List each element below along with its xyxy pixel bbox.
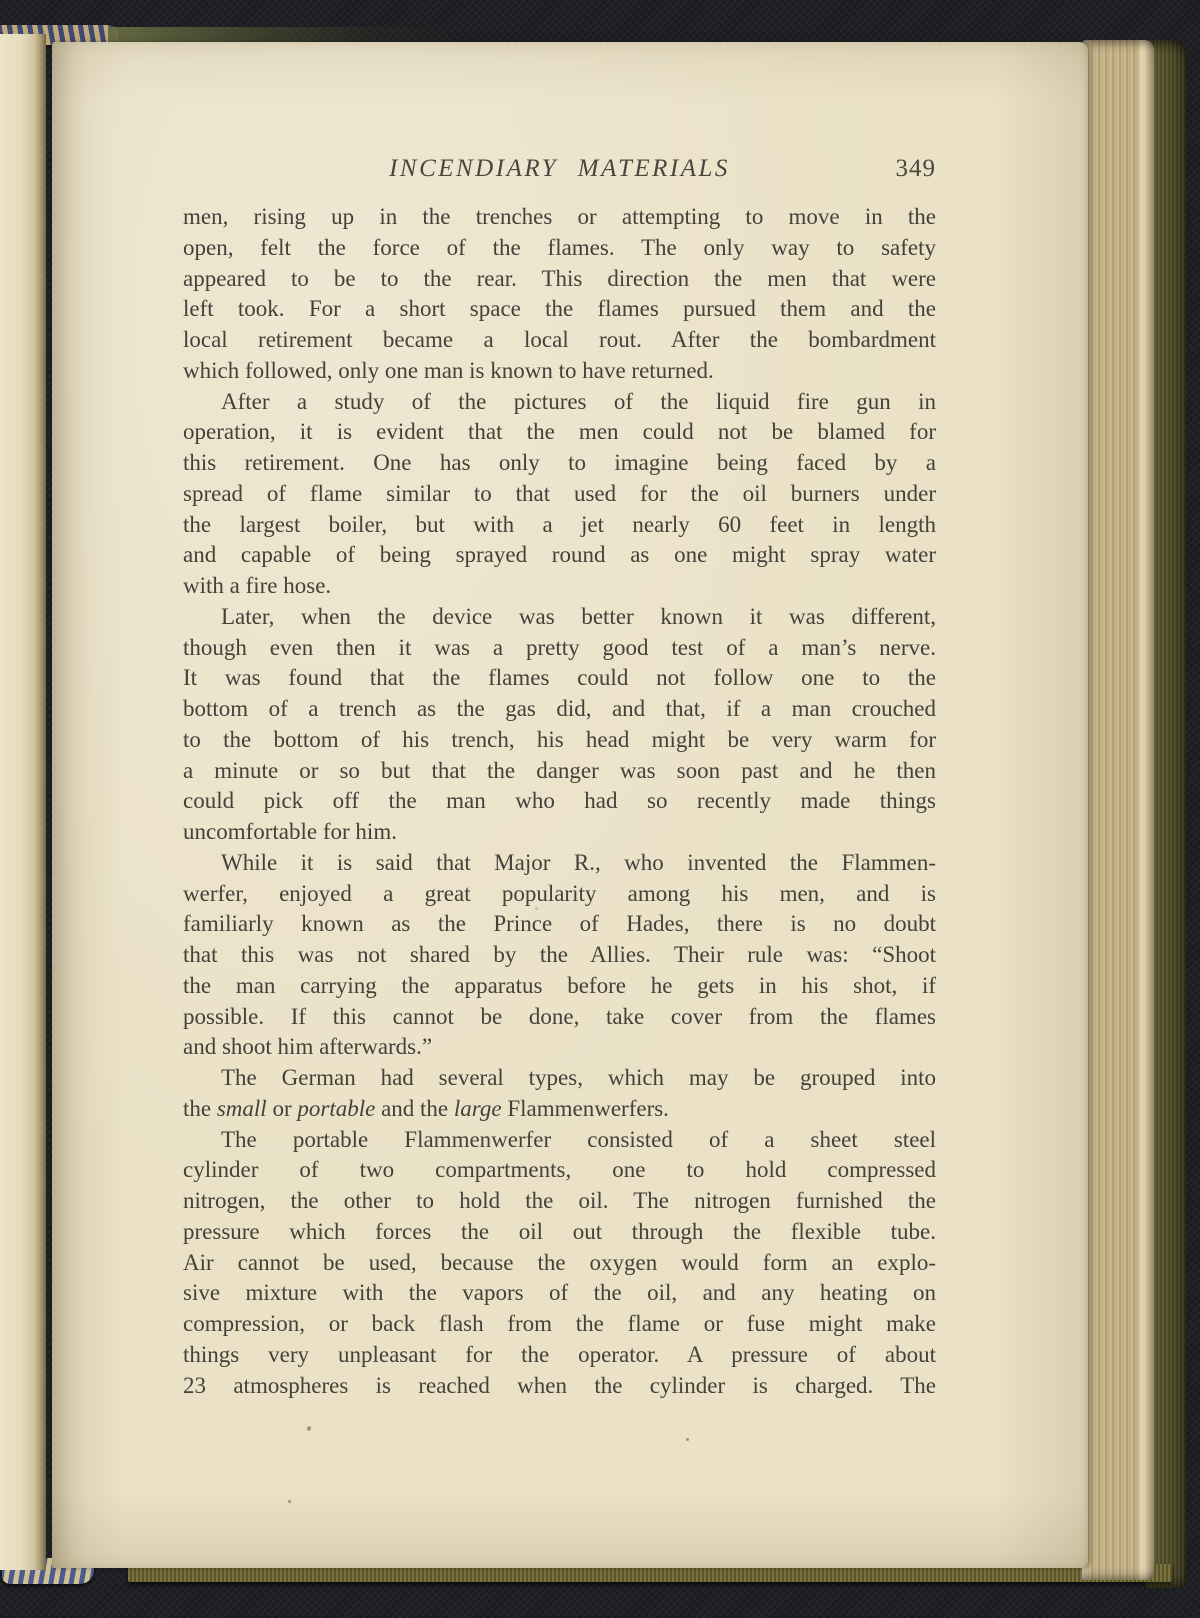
text-line: bottom of a trench as the gas did, and t… <box>183 694 936 725</box>
text-line: familiarly known as the Prince of Hades,… <box>183 909 936 940</box>
text-line: pressure which forces the oil out throug… <box>183 1217 936 1248</box>
text-line: The portable Flammenwerfer consisted of … <box>183 1125 936 1156</box>
paragraph-3: Later, when the device was better known … <box>183 602 936 848</box>
text-line: The German had several types, which may … <box>183 1063 936 1094</box>
text-line: could pick off the man who had so recent… <box>183 786 936 817</box>
fore-edge-page-stack <box>1082 40 1154 1580</box>
page-content: INCENDIARY MATERIALS 349 men, rising up … <box>52 42 1088 1568</box>
text-line: spread of flame similar to that used for… <box>183 479 936 510</box>
ink-speck <box>288 1500 291 1503</box>
text-line: cylinder of two compartments, one to hol… <box>183 1155 936 1186</box>
text-line: compression, or back flash from the flam… <box>183 1309 936 1340</box>
text-line: and capable of being sprayed round as on… <box>183 540 936 571</box>
text-line: the man carrying the apparatus before he… <box>183 971 936 1002</box>
text-line: men, rising up in the trenches or attemp… <box>183 202 936 233</box>
paragraph-2: After a study of the pictures of the liq… <box>183 387 936 602</box>
ink-speck <box>535 907 538 910</box>
text-line: with a fire hose. <box>183 571 936 602</box>
paragraph-6: The portable Flammenwerfer consisted of … <box>183 1125 936 1402</box>
text-line: local retirement became a local rout. Af… <box>183 325 936 356</box>
text-line: After a study of the pictures of the liq… <box>183 387 936 418</box>
text-line: left took. For a short space the flames … <box>183 294 936 325</box>
text-line: operation, it is evident that the men co… <box>183 417 936 448</box>
text-line: Later, when the device was better known … <box>183 602 936 633</box>
text-line: that this was not shared by the Allies. … <box>183 940 936 971</box>
book-page: INCENDIARY MATERIALS 349 men, rising up … <box>52 42 1088 1568</box>
text-line: a minute or so but that the danger was s… <box>183 756 936 787</box>
text-line: While it is said that Major R., who inve… <box>183 848 936 879</box>
text-line: werfer, enjoyed a great popularity among… <box>183 879 936 910</box>
text-line: the largest boiler, but with a jet nearl… <box>183 510 936 541</box>
facing-page-sliver <box>0 34 46 1570</box>
text-line: 23 atmospheres is reached when the cylin… <box>183 1371 936 1402</box>
text-line: appeared to be to the rear. This directi… <box>183 264 936 295</box>
text-line: sive mixture with the vapors of the oil,… <box>183 1278 936 1309</box>
text-line: to the bottom of his trench, his head mi… <box>183 725 936 756</box>
text-line: this retirement. One has only to imagine… <box>183 448 936 479</box>
text-line: which followed, only one man is known to… <box>183 356 936 387</box>
text-line: and shoot him afterwards.” <box>183 1032 936 1063</box>
paragraph-5: The German had several types, which may … <box>183 1063 936 1125</box>
text-line: things very unpleasant for the operator.… <box>183 1340 936 1371</box>
text-line: possible. If this cannot be done, take c… <box>183 1002 936 1033</box>
text-line: nitrogen, the other to hold the oil. The… <box>183 1186 936 1217</box>
text-line: uncomfortable for him. <box>183 817 936 848</box>
text-line: open, felt the force of the flames. The … <box>183 233 936 264</box>
running-head-title: INCENDIARY MATERIALS <box>183 152 936 186</box>
text-line: Air cannot be used, because the oxygen w… <box>183 1248 936 1279</box>
running-head: INCENDIARY MATERIALS 349 <box>183 152 936 186</box>
page-number: 349 <box>896 152 937 186</box>
page-body: men, rising up in the trenches or attemp… <box>183 202 936 1401</box>
paragraph-1: men, rising up in the trenches or attemp… <box>183 202 936 387</box>
ink-speck <box>686 1438 689 1441</box>
text-line: the small or portable and the large Flam… <box>183 1094 936 1125</box>
paragraph-4: While it is said that Major R., who inve… <box>183 848 936 1063</box>
text-line: It was found that the flames could not f… <box>183 663 936 694</box>
text-line: though even then it was a pretty good te… <box>183 633 936 664</box>
